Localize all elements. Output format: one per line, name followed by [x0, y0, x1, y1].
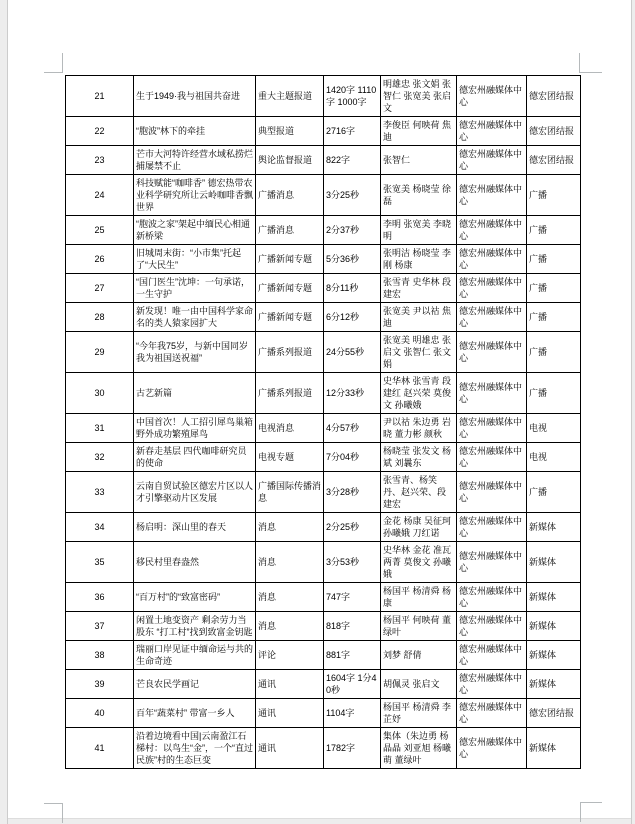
cell-media[interactable]: 广播 — [527, 373, 581, 414]
cell-count[interactable]: 1604字 1分40秒 — [324, 670, 381, 699]
table-row: 35移民村里春盎然消息3分53秒史华林 金花 准瓦两菁 莫俊文 孙曦娥德宏州融媒… — [66, 542, 581, 583]
cell-authors[interactable]: 张宽美 尹以祜 焦迪 — [381, 303, 457, 332]
cell-no[interactable]: 33 — [66, 472, 134, 513]
cell-media[interactable]: 新媒体 — [527, 583, 581, 612]
document-page: 21生于1949·我与祖国共奋进重大主题报道1420字 1110字 1000字明… — [0, 0, 635, 824]
cell-category[interactable]: 舆论监督报道 — [256, 146, 324, 175]
cell-category[interactable]: 通讯 — [256, 670, 324, 699]
cell-org[interactable]: 德宏州融媒体中心 — [457, 76, 527, 117]
margin-mark-bottom-right — [580, 802, 602, 822]
cell-count[interactable]: 881字 — [324, 641, 381, 670]
cell-title[interactable]: “胞波”林下的牵挂 — [134, 117, 256, 146]
cell-category[interactable]: 广播系列报道 — [256, 332, 324, 373]
cell-media[interactable]: 广播 — [527, 245, 581, 274]
cell-count[interactable]: 24分55秒 — [324, 332, 381, 373]
table-row: 24科技赋能“咖啡香” 德宏热带农业科学研究所让云岭咖啡香飘世界广播消息3分25… — [66, 175, 581, 216]
cell-org[interactable]: 德宏州融媒体中心 — [457, 373, 527, 414]
entries-table: 21生于1949·我与祖国共奋进重大主题报道1420字 1110字 1000字明… — [65, 75, 581, 769]
cell-no[interactable]: 32 — [66, 443, 134, 472]
table-row: 39芒良农民学画记通讯1604字 1分40秒胡佩灵 张启文德宏州融媒体中心新媒体 — [66, 670, 581, 699]
cell-org[interactable]: 德宏州融媒体中心 — [457, 542, 527, 583]
cell-category[interactable]: 电视专题 — [256, 443, 324, 472]
cell-category[interactable]: 通讯 — [256, 699, 324, 728]
cell-no[interactable]: 27 — [66, 274, 134, 303]
cell-title[interactable]: “胞波之家”架起中缅民心相通新桥梁 — [134, 216, 256, 245]
table-row: 41沿着边境看中国|云南盈江石梯村：以鸟生“金”，一个“直过民族”村的生态巨变通… — [66, 728, 581, 769]
cell-org[interactable]: 德宏州融媒体中心 — [457, 146, 527, 175]
table-row: 27“国门医生”沈坤：一句承诺，一生守护广播新闻专题8分11秒张雪青 史华林 段… — [66, 274, 581, 303]
cell-org[interactable]: 德宏州融媒体中心 — [457, 583, 527, 612]
table-row: 38瑞丽口岸见证中缅命运与共的生命奇迹评论881字刘梦 舒倩德宏州融媒体中心新媒… — [66, 641, 581, 670]
cell-authors[interactable]: 张明洁 杨晓莹 李刚 杨康 — [381, 245, 457, 274]
cell-count[interactable]: 1420字 1110字 1000字 — [324, 76, 381, 117]
cell-title[interactable]: 芒良农民学画记 — [134, 670, 256, 699]
cell-count[interactable]: 822字 — [324, 146, 381, 175]
cell-authors[interactable]: 刘梦 舒倩 — [381, 641, 457, 670]
cell-media[interactable]: 新媒体 — [527, 728, 581, 769]
cell-no[interactable]: 25 — [66, 216, 134, 245]
table-row: 26旧城周末街：“小市集”托起了“大民生”广播新闻专题5分36秒张明洁 杨晓莹 … — [66, 245, 581, 274]
cell-no[interactable]: 31 — [66, 414, 134, 443]
cell-category[interactable]: 广播新闻专题 — [256, 245, 324, 274]
cell-org[interactable]: 德宏州融媒体中心 — [457, 728, 527, 769]
cell-media[interactable]: 德宏团结报 — [527, 117, 581, 146]
cell-media[interactable]: 新媒体 — [527, 641, 581, 670]
cell-title[interactable]: 杨启明：深山里的春天 — [134, 513, 256, 542]
cell-authors[interactable]: 李俊臣 何映荷 焦迪 — [381, 117, 457, 146]
cell-category[interactable]: 重大主题报道 — [256, 76, 324, 117]
cell-media[interactable]: 德宏团结报 — [527, 146, 581, 175]
cell-category[interactable]: 电视消息 — [256, 414, 324, 443]
cell-count[interactable]: 3分28秒 — [324, 472, 381, 513]
cell-media[interactable]: 新媒体 — [527, 670, 581, 699]
margin-mark-top-right — [579, 53, 602, 73]
margin-mark-bottom-left — [44, 803, 63, 823]
cell-org[interactable]: 德宏州融媒体中心 — [457, 472, 527, 513]
cell-category[interactable]: 消息 — [256, 612, 324, 641]
table-row: 29“今年我75岁，与新中国同岁 我为祖国送祝福”广播系列报道24分55秒张宽美… — [66, 332, 581, 373]
cell-authors[interactable]: 张雪青 史华林 段建宏 — [381, 274, 457, 303]
cell-category[interactable]: 评论 — [256, 641, 324, 670]
cell-title[interactable]: 云南自贸试验区德宏片区以人才引擎驱动片区发展 — [134, 472, 256, 513]
cell-category[interactable]: 广播新闻专题 — [256, 274, 324, 303]
cell-authors[interactable]: 胡佩灵 张启文 — [381, 670, 457, 699]
cell-media[interactable]: 德宏团结报 — [527, 699, 581, 728]
cell-org[interactable]: 德宏州融媒体中心 — [457, 414, 527, 443]
cell-authors[interactable]: 杨国平 杨清舜 李芷妤 — [381, 699, 457, 728]
cell-count[interactable]: 1104字 — [324, 699, 381, 728]
entries-table-body: 21生于1949·我与祖国共奋进重大主题报道1420字 1110字 1000字明… — [66, 76, 581, 769]
cell-title[interactable]: 中国首次！人工招引犀鸟巢箱野外成功繁殖犀鸟 — [134, 414, 256, 443]
table-row: 25“胞波之家”架起中缅民心相通新桥梁广播消息2分37秒李明 张宽美 李晓明德宏… — [66, 216, 581, 245]
cell-authors[interactable]: 张智仁 — [381, 146, 457, 175]
cell-title[interactable]: 新春走基层 四代咖啡研究员的使命 — [134, 443, 256, 472]
cell-org[interactable]: 德宏州融媒体中心 — [457, 274, 527, 303]
cell-title[interactable]: 移民村里春盎然 — [134, 542, 256, 583]
cell-no[interactable]: 40 — [66, 699, 134, 728]
cell-no[interactable]: 41 — [66, 728, 134, 769]
cell-org[interactable]: 德宏州融媒体中心 — [457, 303, 527, 332]
cell-org[interactable]: 德宏州融媒体中心 — [457, 670, 527, 699]
cell-no[interactable]: 29 — [66, 332, 134, 373]
cell-title[interactable]: 瑞丽口岸见证中缅命运与共的生命奇迹 — [134, 641, 256, 670]
cell-media[interactable]: 广播 — [527, 303, 581, 332]
cell-no[interactable]: 22 — [66, 117, 134, 146]
cell-authors[interactable]: 明雄忠 张文娟 张智仁 张宽美 张启文 — [381, 76, 457, 117]
cell-org[interactable]: 德宏州融媒体中心 — [457, 443, 527, 472]
cell-authors[interactable]: 集体（朱边勇 杨晶晶 刘亚旭 杨曦萌 董绿叶 — [381, 728, 457, 769]
cell-title[interactable]: “今年我75岁，与新中国同岁 我为祖国送祝福” — [134, 332, 256, 373]
cell-org[interactable]: 德宏州融媒体中心 — [457, 612, 527, 641]
cell-title[interactable]: 闲置土地变资产 剩余劳力当股东 “打工村”找到致富金钥匙 — [134, 612, 256, 641]
cell-title[interactable]: 百年“蔬菜村” 带富一乡人 — [134, 699, 256, 728]
cell-org[interactable]: 德宏州融媒体中心 — [457, 245, 527, 274]
cell-count[interactable]: 4分57秒 — [324, 414, 381, 443]
cell-no[interactable]: 38 — [66, 641, 134, 670]
cell-media[interactable]: 电视 — [527, 443, 581, 472]
cell-count[interactable]: 5分36秒 — [324, 245, 381, 274]
table-row: 40百年“蔬菜村” 带富一乡人通讯1104字杨国平 杨清舜 李芷妤德宏州融媒体中… — [66, 699, 581, 728]
cell-media[interactable]: 新媒体 — [527, 513, 581, 542]
cell-count[interactable]: 747字 — [324, 583, 381, 612]
cell-media[interactable]: 广播 — [527, 175, 581, 216]
cell-media[interactable]: 电视 — [527, 414, 581, 443]
cell-media[interactable]: 广播 — [527, 472, 581, 513]
page-bottom-edge — [8, 818, 631, 824]
cell-no[interactable]: 30 — [66, 373, 134, 414]
cell-category[interactable]: 消息 — [256, 513, 324, 542]
cell-authors[interactable]: 张雪青、杨笑丹、赵兴荣、段建宏 — [381, 472, 457, 513]
cell-media[interactable]: 广播 — [527, 274, 581, 303]
table-row: 23芒市大河特许经营水域私捞烂捕屡禁不止舆论监督报道822字张智仁德宏州融媒体中… — [66, 146, 581, 175]
cell-no[interactable]: 24 — [66, 175, 134, 216]
cell-count[interactable]: 2分37秒 — [324, 216, 381, 245]
table-row: 33云南自贸试验区德宏片区以人才引擎驱动片区发展广播国际传播消息3分28秒张雪青… — [66, 472, 581, 513]
table-row: 31中国首次！人工招引犀鸟巢箱野外成功繁殖犀鸟电视消息4分57秒尹以祜 朱边勇 … — [66, 414, 581, 443]
cell-title[interactable]: “百万村”的“致富密码” — [134, 583, 256, 612]
cell-no[interactable]: 23 — [66, 146, 134, 175]
table-row: 37闲置土地变资产 剩余劳力当股东 “打工村”找到致富金钥匙消息818字杨国平 … — [66, 612, 581, 641]
page-right-edge — [631, 0, 635, 824]
cell-category[interactable]: 广播新闻专题 — [256, 303, 324, 332]
cell-category[interactable]: 广播系列报道 — [256, 373, 324, 414]
cell-authors[interactable]: 杨国平 杨清舜 杨康 — [381, 583, 457, 612]
cell-authors[interactable]: 杨国平 何映荷 董绿叶 — [381, 612, 457, 641]
cell-authors[interactable]: 尹以祜 朱边勇 岩晓 董力彬 颜秋 — [381, 414, 457, 443]
cell-media[interactable]: 广播 — [527, 216, 581, 245]
cell-org[interactable]: 德宏州融媒体中心 — [457, 513, 527, 542]
cell-count[interactable]: 2716字 — [324, 117, 381, 146]
cell-authors[interactable]: 张宽美 杨晓莹 徐磊 — [381, 175, 457, 216]
page-left-edge — [0, 0, 8, 824]
table-row: 32新春走基层 四代咖啡研究员的使命电视专题7分04秒杨晓莹 张发文 杨斌 刘曩… — [66, 443, 581, 472]
cell-org[interactable]: 德宏州融媒体中心 — [457, 332, 527, 373]
cell-org[interactable]: 德宏州融媒体中心 — [457, 699, 527, 728]
cell-title[interactable]: 古艺新篇 — [134, 373, 256, 414]
cell-media[interactable]: 新媒体 — [527, 612, 581, 641]
cell-no[interactable]: 37 — [66, 612, 134, 641]
cell-category[interactable]: 广播消息 — [256, 216, 324, 245]
cell-authors[interactable]: 杨晓莹 张发文 杨斌 刘曩东 — [381, 443, 457, 472]
cell-media[interactable]: 德宏团结报 — [527, 76, 581, 117]
cell-title[interactable]: 新发现！唯一由中国科学家命名的类人猿家园扩大 — [134, 303, 256, 332]
cell-count[interactable]: 12分33秒 — [324, 373, 381, 414]
table-row: 28新发现！唯一由中国科学家命名的类人猿家园扩大广播新闻专题6分12秒张宽美 尹… — [66, 303, 581, 332]
cell-category[interactable]: 通讯 — [256, 728, 324, 769]
cell-media[interactable]: 新媒体 — [527, 542, 581, 583]
cell-authors[interactable]: 张宽美 明雄忠 张启文 张智仁 张文娟 — [381, 332, 457, 373]
cell-title[interactable]: “国门医生”沈坤：一句承诺，一生守护 — [134, 274, 256, 303]
cell-category[interactable]: 消息 — [256, 542, 324, 583]
cell-category[interactable]: 典型报道 — [256, 117, 324, 146]
cell-count[interactable]: 6分12秒 — [324, 303, 381, 332]
table-row: 34杨启明：深山里的春天消息2分25秒金花 杨康 吴征珂 孙曦娥 刀红诺德宏州融… — [66, 513, 581, 542]
cell-title[interactable]: 芒市大河特许经营水域私捞烂捕屡禁不止 — [134, 146, 256, 175]
cell-authors[interactable]: 金花 杨康 吴征珂 孙曦娥 刀红诺 — [381, 513, 457, 542]
cell-org[interactable]: 德宏州融媒体中心 — [457, 175, 527, 216]
cell-authors[interactable]: 李明 张宽美 李晓明 — [381, 216, 457, 245]
cell-no[interactable]: 39 — [66, 670, 134, 699]
cell-count[interactable]: 2分25秒 — [324, 513, 381, 542]
cell-title[interactable]: 沿着边境看中国|云南盈江石梯村：以鸟生“金”，一个“直过民族”村的生态巨变 — [134, 728, 256, 769]
cell-authors[interactable]: 史华林 金花 准瓦两菁 莫俊文 孙曦娥 — [381, 542, 457, 583]
table-row: 21生于1949·我与祖国共奋进重大主题报道1420字 1110字 1000字明… — [66, 76, 581, 117]
cell-title[interactable]: 科技赋能“咖啡香” 德宏热带农业科学研究所让云岭咖啡香飘世界 — [134, 175, 256, 216]
cell-category[interactable]: 广播国际传播消息 — [256, 472, 324, 513]
table-row: 22“胞波”林下的牵挂典型报道2716字李俊臣 何映荷 焦迪德宏州融媒体中心德宏… — [66, 117, 581, 146]
cell-category[interactable]: 广播消息 — [256, 175, 324, 216]
cell-no[interactable]: 28 — [66, 303, 134, 332]
cell-title[interactable]: 生于1949·我与祖国共奋进 — [134, 76, 256, 117]
table-row: 36“百万村”的“致富密码”消息747字杨国平 杨清舜 杨康德宏州融媒体中心新媒… — [66, 583, 581, 612]
cell-org[interactable]: 德宏州融媒体中心 — [457, 117, 527, 146]
cell-org[interactable]: 德宏州融媒体中心 — [457, 641, 527, 670]
cell-count[interactable]: 818字 — [324, 612, 381, 641]
cell-no[interactable]: 35 — [66, 542, 134, 583]
cell-media[interactable]: 广播 — [527, 332, 581, 373]
cell-count[interactable]: 1782字 — [324, 728, 381, 769]
margin-mark-top-left — [44, 53, 63, 73]
cell-org[interactable]: 德宏州融媒体中心 — [457, 216, 527, 245]
cell-count[interactable]: 3分53秒 — [324, 542, 381, 583]
cell-no[interactable]: 26 — [66, 245, 134, 274]
cell-no[interactable]: 36 — [66, 583, 134, 612]
cell-title[interactable]: 旧城周末街：“小市集”托起了“大民生” — [134, 245, 256, 274]
cell-count[interactable]: 3分25秒 — [324, 175, 381, 216]
cell-no[interactable]: 21 — [66, 76, 134, 117]
cell-category[interactable]: 消息 — [256, 583, 324, 612]
table-row: 30古艺新篇广播系列报道12分33秒史华林 张雪青 段建红 赵兴荣 莫俊文 孙曦… — [66, 373, 581, 414]
cell-count[interactable]: 7分04秒 — [324, 443, 381, 472]
cell-authors[interactable]: 史华林 张雪青 段建红 赵兴荣 莫俊文 孙曦娥 — [381, 373, 457, 414]
cell-no[interactable]: 34 — [66, 513, 134, 542]
cell-count[interactable]: 8分11秒 — [324, 274, 381, 303]
